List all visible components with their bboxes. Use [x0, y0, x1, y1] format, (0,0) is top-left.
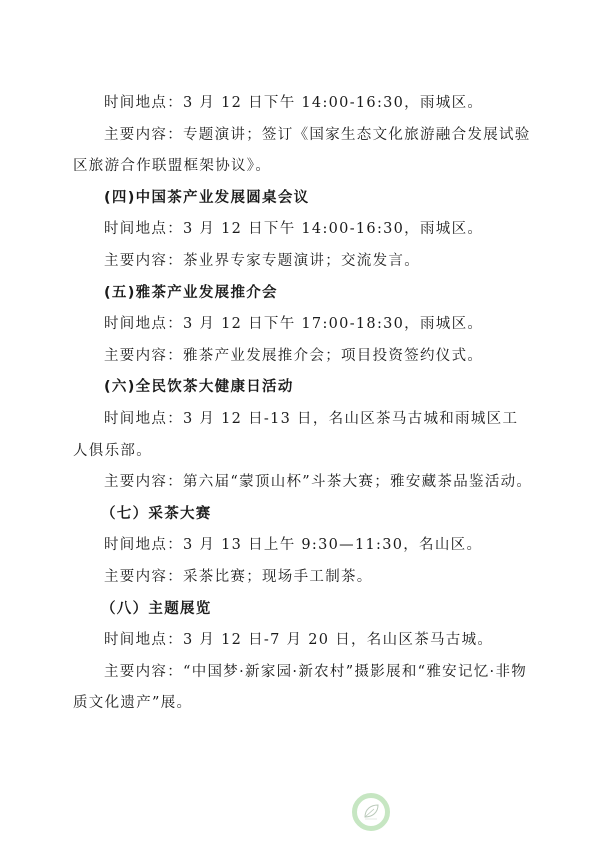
paragraph-time-location: 时间地点：3 月 12 日下午 14:00-16:30，雨城区。	[73, 214, 533, 246]
leaf-ring-logo-icon	[351, 792, 391, 832]
paragraph-time-location: 时间地点：3 月 12 日下午 17:00-18:30，雨城区。	[73, 309, 533, 341]
section-heading-7: （七）采茶大赛	[73, 499, 533, 531]
paragraph-time-location: 时间地点：3 月 12 日-13 日，名山区茶马古城和雨城区工人俱乐部。	[73, 404, 533, 467]
paragraph-main-content: 主要内容：采茶比赛；现场手工制茶。	[73, 562, 533, 594]
section-heading-5: (五)雅茶产业发展推介会	[73, 278, 533, 310]
section-heading-4: (四)中国茶产业发展圆桌会议	[73, 183, 533, 215]
paragraph-main-content: 主要内容：专题演讲；签订《国家生态文化旅游融合发展试验区旅游合作联盟框架协议》。	[73, 120, 533, 183]
document-page: 时间地点：3 月 12 日下午 14:00-16:30，雨城区。 主要内容：专题…	[73, 88, 533, 720]
section-heading-6: (六)全民饮茶大健康日活动	[73, 372, 533, 404]
paragraph-main-content: 主要内容：雅茶产业发展推介会；项目投资签约仪式。	[73, 341, 533, 373]
paragraph-main-content: 主要内容：茶业界专家专题演讲；交流发言。	[73, 246, 533, 278]
paragraph-time-location: 时间地点：3 月 12 日-7 月 20 日，名山区茶马古城。	[73, 625, 533, 657]
paragraph-main-content: 主要内容：“中国梦·新家园·新农村”摄影展和“雅安记忆·非物质文化遗产”展。	[73, 657, 533, 720]
paragraph-main-content: 主要内容：第六届“蒙顶山杯”斗茶大赛；雅安藏茶品鉴活动。	[73, 467, 533, 499]
paragraph-time-location: 时间地点：3 月 13 日上午 9:30—11:30，名山区。	[73, 530, 533, 562]
paragraph-time-location: 时间地点：3 月 12 日下午 14:00-16:30，雨城区。	[73, 88, 533, 120]
section-heading-8: （八）主题展览	[73, 594, 533, 626]
